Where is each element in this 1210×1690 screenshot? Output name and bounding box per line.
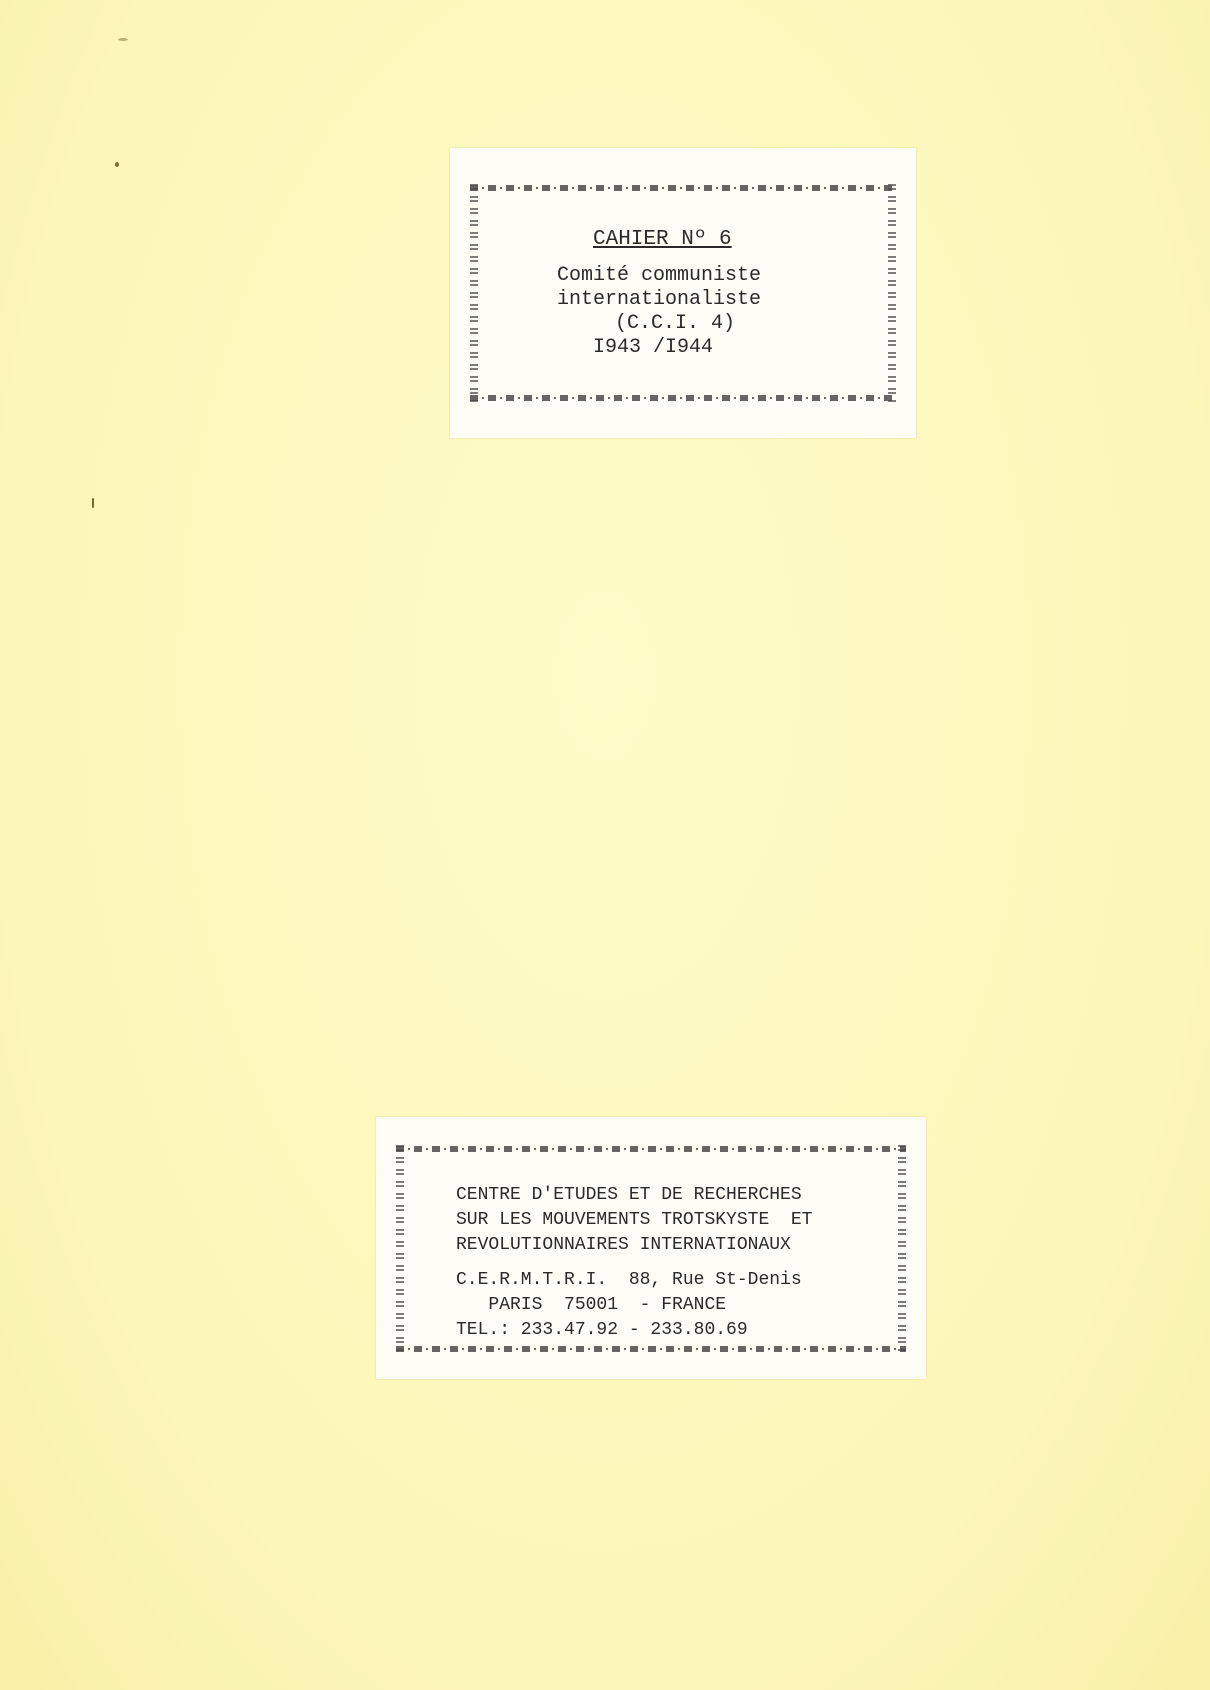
label-border [470,184,896,192]
label-border [470,184,478,402]
date-range: I943 /I944 [593,336,713,359]
cahier-title: CAHIER Nº 6 [593,228,732,251]
publisher-city: PARIS 75001 - FRANCE [456,1295,726,1315]
label-border [898,1145,906,1353]
paper-spot [92,498,94,508]
publisher-name-line-1: CENTRE D'ETUDES ET DE RECHERCHES [456,1185,802,1205]
label-border [470,394,896,402]
publisher-name-line-3: REVOLUTIONNAIRES INTERNATIONAUX [456,1235,791,1255]
publisher-label: CENTRE D'ETUDES ET DE RECHERCHES SUR LES… [376,1117,926,1379]
paper-spot [115,162,119,167]
publisher-name-line-2: SUR LES MOUVEMENTS TROTSKYSTE ET [456,1210,812,1230]
label-border [396,1145,906,1153]
organization-line-1: Comité communiste [557,264,761,287]
organization-line-2: internationaliste [557,288,761,311]
label-border [396,1345,906,1353]
organization-acronym: (C.C.I. 4) [615,312,735,335]
publisher-phone: TEL.: 233.47.92 - 233.80.69 [456,1320,748,1340]
publisher-address: C.E.R.M.T.R.I. 88, Rue St-Denis [456,1270,802,1290]
label-border [396,1145,404,1353]
paper-spot [118,38,128,41]
title-label: CAHIER Nº 6 Comité communiste internatio… [450,148,916,438]
label-border [888,184,896,402]
